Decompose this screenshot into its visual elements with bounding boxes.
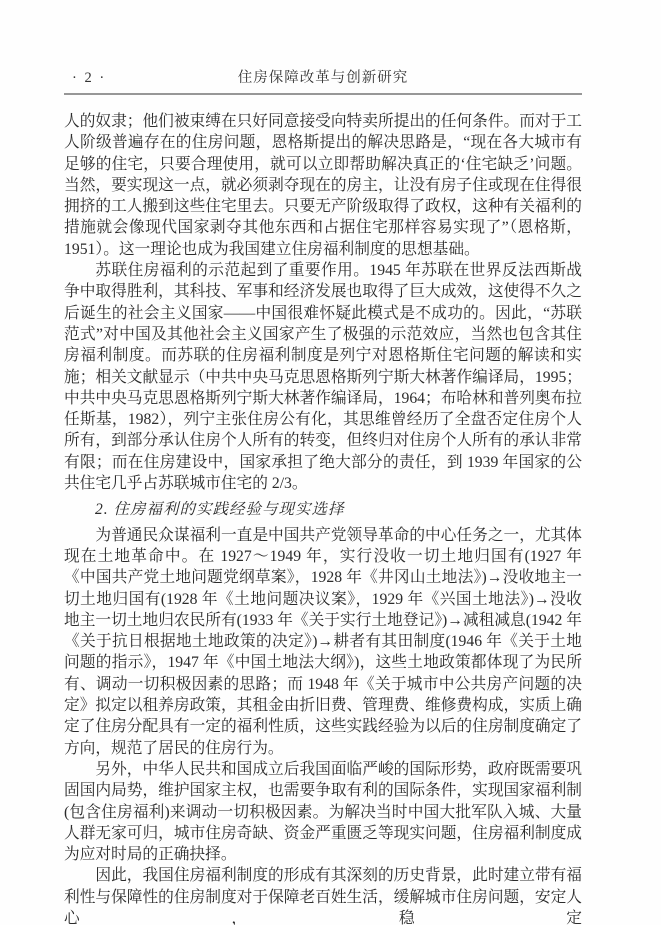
running-title: 住房保障改革与创新研究 <box>64 68 582 88</box>
running-header: · 2 · 住房保障改革与创新研究 <box>64 68 582 88</box>
page-body: 人的奴隶；他们被束缚在只好同意接受向特卖所提出的任何条件。而对于工人阶级普遍存在… <box>64 111 582 925</box>
body-paragraph: 人的奴隶；他们被束缚在只好同意接受向特卖所提出的任何条件。而对于工人阶级普遍存在… <box>64 111 582 260</box>
book-page: · 2 · 住房保障改革与创新研究 人的奴隶；他们被束缚在只好同意接受向特卖所提… <box>0 0 661 925</box>
body-paragraph: 为普通民众谋福利一直是中国共产党领导革命的中心任务之一，尤其体现在土地革命中。在… <box>64 525 582 759</box>
page-number: · 2 · <box>72 68 106 88</box>
body-paragraph: 另外，中华人民共和国成立后我国面临严峻的国际形势，政府既需要巩固国内局势，维护国… <box>64 759 582 865</box>
header-rule <box>64 93 582 95</box>
body-paragraph: 苏联住房福利的示范起到了重要作用。1945 年苏联在世界反法西斯战争中取得胜利，… <box>64 260 582 494</box>
body-paragraph: 因此，我国住房福利制度的形成有其深刻的历史背景，此时建立带有福利性与保障性的住房… <box>64 865 582 925</box>
section-heading: 2. 住房福利的实践经验与现实选择 <box>64 499 582 520</box>
